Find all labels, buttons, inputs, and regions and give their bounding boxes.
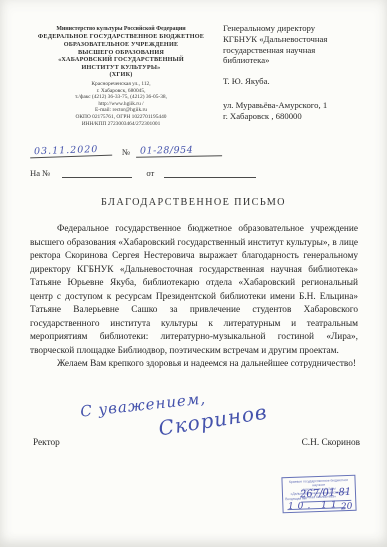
letterhead-abbr: (ХГИК) bbox=[22, 71, 220, 79]
addressee-line: государственная научная bbox=[223, 45, 375, 56]
na-label: На № bbox=[30, 168, 50, 178]
addressee-line: Генеральному директору bbox=[223, 23, 375, 34]
addressee-street: ул. Муравьёва-Амурского, 1 bbox=[223, 100, 375, 111]
addressee-name: Т. Ю. Якуба. bbox=[223, 76, 375, 87]
letterhead-okpo-ogrn: ОКПО 02175761, ОГРН 1022701195440 bbox=[22, 114, 220, 121]
document-title: БЛАГОДАРСТВЕННОЕ ПИСЬМО bbox=[0, 197, 387, 208]
addressee-line: КГБНУК «Дальневосточная bbox=[223, 34, 375, 45]
reply-to-row: На № от bbox=[30, 163, 280, 178]
stamp-handwritten-date: 10. 11 bbox=[288, 500, 341, 512]
letter-body: Федеральное государственное бюджетное об… bbox=[30, 223, 358, 372]
letterhead-line: ОБРАЗОВАТЕЛЬНОЕ УЧРЕЖДЕНИЕ bbox=[22, 41, 220, 49]
letterhead-phone: т./факс (4212) 36-33-75, (4212) 36-05-38… bbox=[22, 94, 220, 101]
na-blank-line bbox=[62, 177, 132, 178]
letterhead-line: ФЕДЕРАЛЬНОЕ ГОСУДАРСТВЕННОЕ БЮДЖЕТНОЕ bbox=[22, 33, 220, 41]
number-sign: № bbox=[122, 147, 130, 157]
stamp-handwritten-year: 20 bbox=[341, 502, 353, 513]
body-paragraph-2: Желаем Вам крепкого здоровья и надеемся … bbox=[30, 358, 358, 372]
body-paragraph-1: Федеральное государственное бюджетное об… bbox=[30, 223, 358, 358]
letterhead-email: E-mail: rector@hgiik.ru bbox=[22, 107, 220, 114]
letterhead-address-line: Краснореченская ул., 112, bbox=[22, 81, 220, 88]
signer-row: Ректор С.Н. Скоринов bbox=[33, 438, 360, 448]
letterhead-line: ИНСТИТУТ КУЛЬТУРЫ» bbox=[22, 64, 220, 72]
addressee-line: библиотека» bbox=[223, 55, 375, 66]
addressee-city: г. Хабаровск , 680000 bbox=[223, 111, 375, 122]
reference-block: 03.11.2020 № 01-28/954 На № от bbox=[30, 141, 280, 178]
date-number-row: 03.11.2020 № 01-28/954 bbox=[30, 141, 280, 157]
handwritten-date: 03.11.2020 bbox=[30, 144, 112, 159]
handwritten-ref-number: 01-28/954 bbox=[136, 144, 222, 157]
ot-blank-line bbox=[164, 177, 256, 178]
letterhead-address: Краснореченская ул., 112, г. Хабаровск, … bbox=[22, 81, 220, 127]
signer-position: Ректор bbox=[33, 438, 60, 448]
signer-name: С.Н. Скоринов bbox=[302, 438, 360, 448]
letterhead-inn-kpp: ИНН/КПП 2723003464/272301001 bbox=[22, 121, 220, 128]
addressee-block: Генеральному директору КГБНУК «Дальневос… bbox=[223, 23, 375, 122]
letterhead: Министерство культуры Российской Федерац… bbox=[22, 26, 220, 127]
letterhead-line: «ХАБАРОВСКИЙ ГОСУДАРСТВЕННЫЙ bbox=[22, 56, 220, 64]
ot-label: от bbox=[146, 168, 154, 178]
letterhead-ministry: Министерство культуры Российской Федерац… bbox=[22, 26, 220, 33]
letterhead-website: http://www.hgiik.ru / bbox=[22, 101, 220, 108]
scanned-letter-page: Министерство культуры Российской Федерац… bbox=[0, 0, 387, 547]
